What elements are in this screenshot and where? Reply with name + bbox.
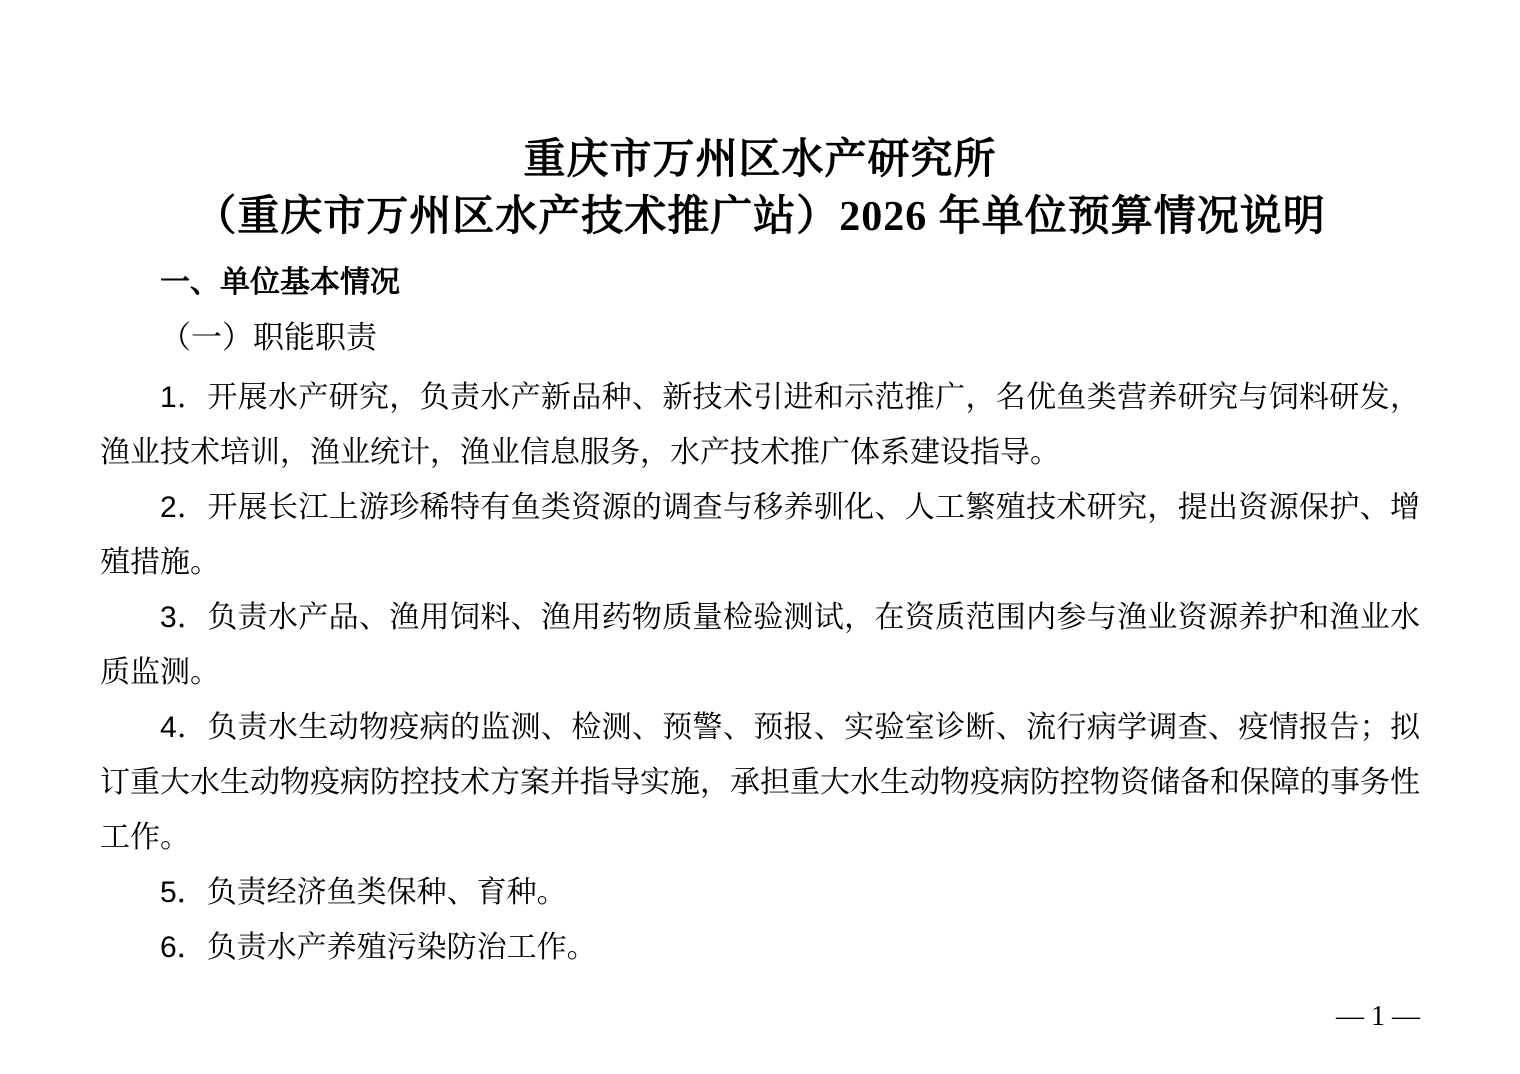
document-title: 重庆市万州区水产研究所 （重庆市万州区水产技术推广站）2026 年单位预算情况说… (100, 132, 1420, 246)
duty-item-text: 负责水产养殖污染防治工作。 (207, 931, 597, 964)
duty-item: 5．负责经济鱼类保种、育种。 (100, 865, 1420, 920)
document-title-line-2: （重庆市万州区水产技术推广站）2026 年单位预算情况说明 (100, 189, 1420, 246)
duty-item-text: 开展长江上游珍稀特有鱼类资源的调查与移养驯化、人工繁殖技术研究，提出资源保护、增… (100, 491, 1420, 579)
duty-item-number: 5． (160, 876, 207, 909)
duty-item: 1．开展水产研究，负责水产新品种、新技术引进和示范推广，名优鱼类营养研究与饲料研… (100, 370, 1420, 480)
duty-item-number: 4． (160, 711, 207, 744)
subsection-heading-duties: （一）职能职责 (100, 316, 1420, 360)
duty-item: 6．负责水产养殖污染防治工作。 (100, 920, 1420, 975)
duty-item-number: 6． (160, 931, 207, 964)
duty-item-text: 负责水产品、渔用饲料、渔用药物质量检验测试，在资质范围内参与渔业资源养护和渔业水… (100, 601, 1420, 689)
duty-item-text: 负责水生动物疫病的监测、检测、预警、预报、实验室诊断、流行病学调查、疫情报告；拟… (100, 711, 1420, 854)
duty-item: 3．负责水产品、渔用饲料、渔用药物质量检验测试，在资质范围内参与渔业资源养护和渔… (100, 590, 1420, 700)
duty-item-number: 3． (160, 601, 207, 634)
page-number: — 1 — (100, 997, 1420, 1037)
duty-item: 4．负责水生动物疫病的监测、检测、预警、预报、实验室诊断、流行病学调查、疫情报告… (100, 700, 1420, 865)
document-page: 重庆市万州区水产研究所 （重庆市万州区水产技术推广站）2026 年单位预算情况说… (0, 0, 1520, 1074)
duty-item-text: 负责经济鱼类保种、育种。 (207, 876, 567, 909)
duty-item: 2．开展长江上游珍稀特有鱼类资源的调查与移养驯化、人工繁殖技术研究，提出资源保护… (100, 480, 1420, 590)
duty-item-text: 开展水产研究，负责水产新品种、新技术引进和示范推广，名优鱼类营养研究与饲料研发，… (100, 381, 1420, 469)
document-title-line-1: 重庆市万州区水产研究所 (100, 132, 1420, 189)
section-heading-basic-info: 一、单位基本情况 (100, 262, 1420, 304)
duty-item-number: 2． (160, 491, 207, 524)
duty-list: 1．开展水产研究，负责水产新品种、新技术引进和示范推广，名优鱼类营养研究与饲料研… (100, 370, 1420, 975)
duty-item-number: 1． (160, 381, 207, 414)
